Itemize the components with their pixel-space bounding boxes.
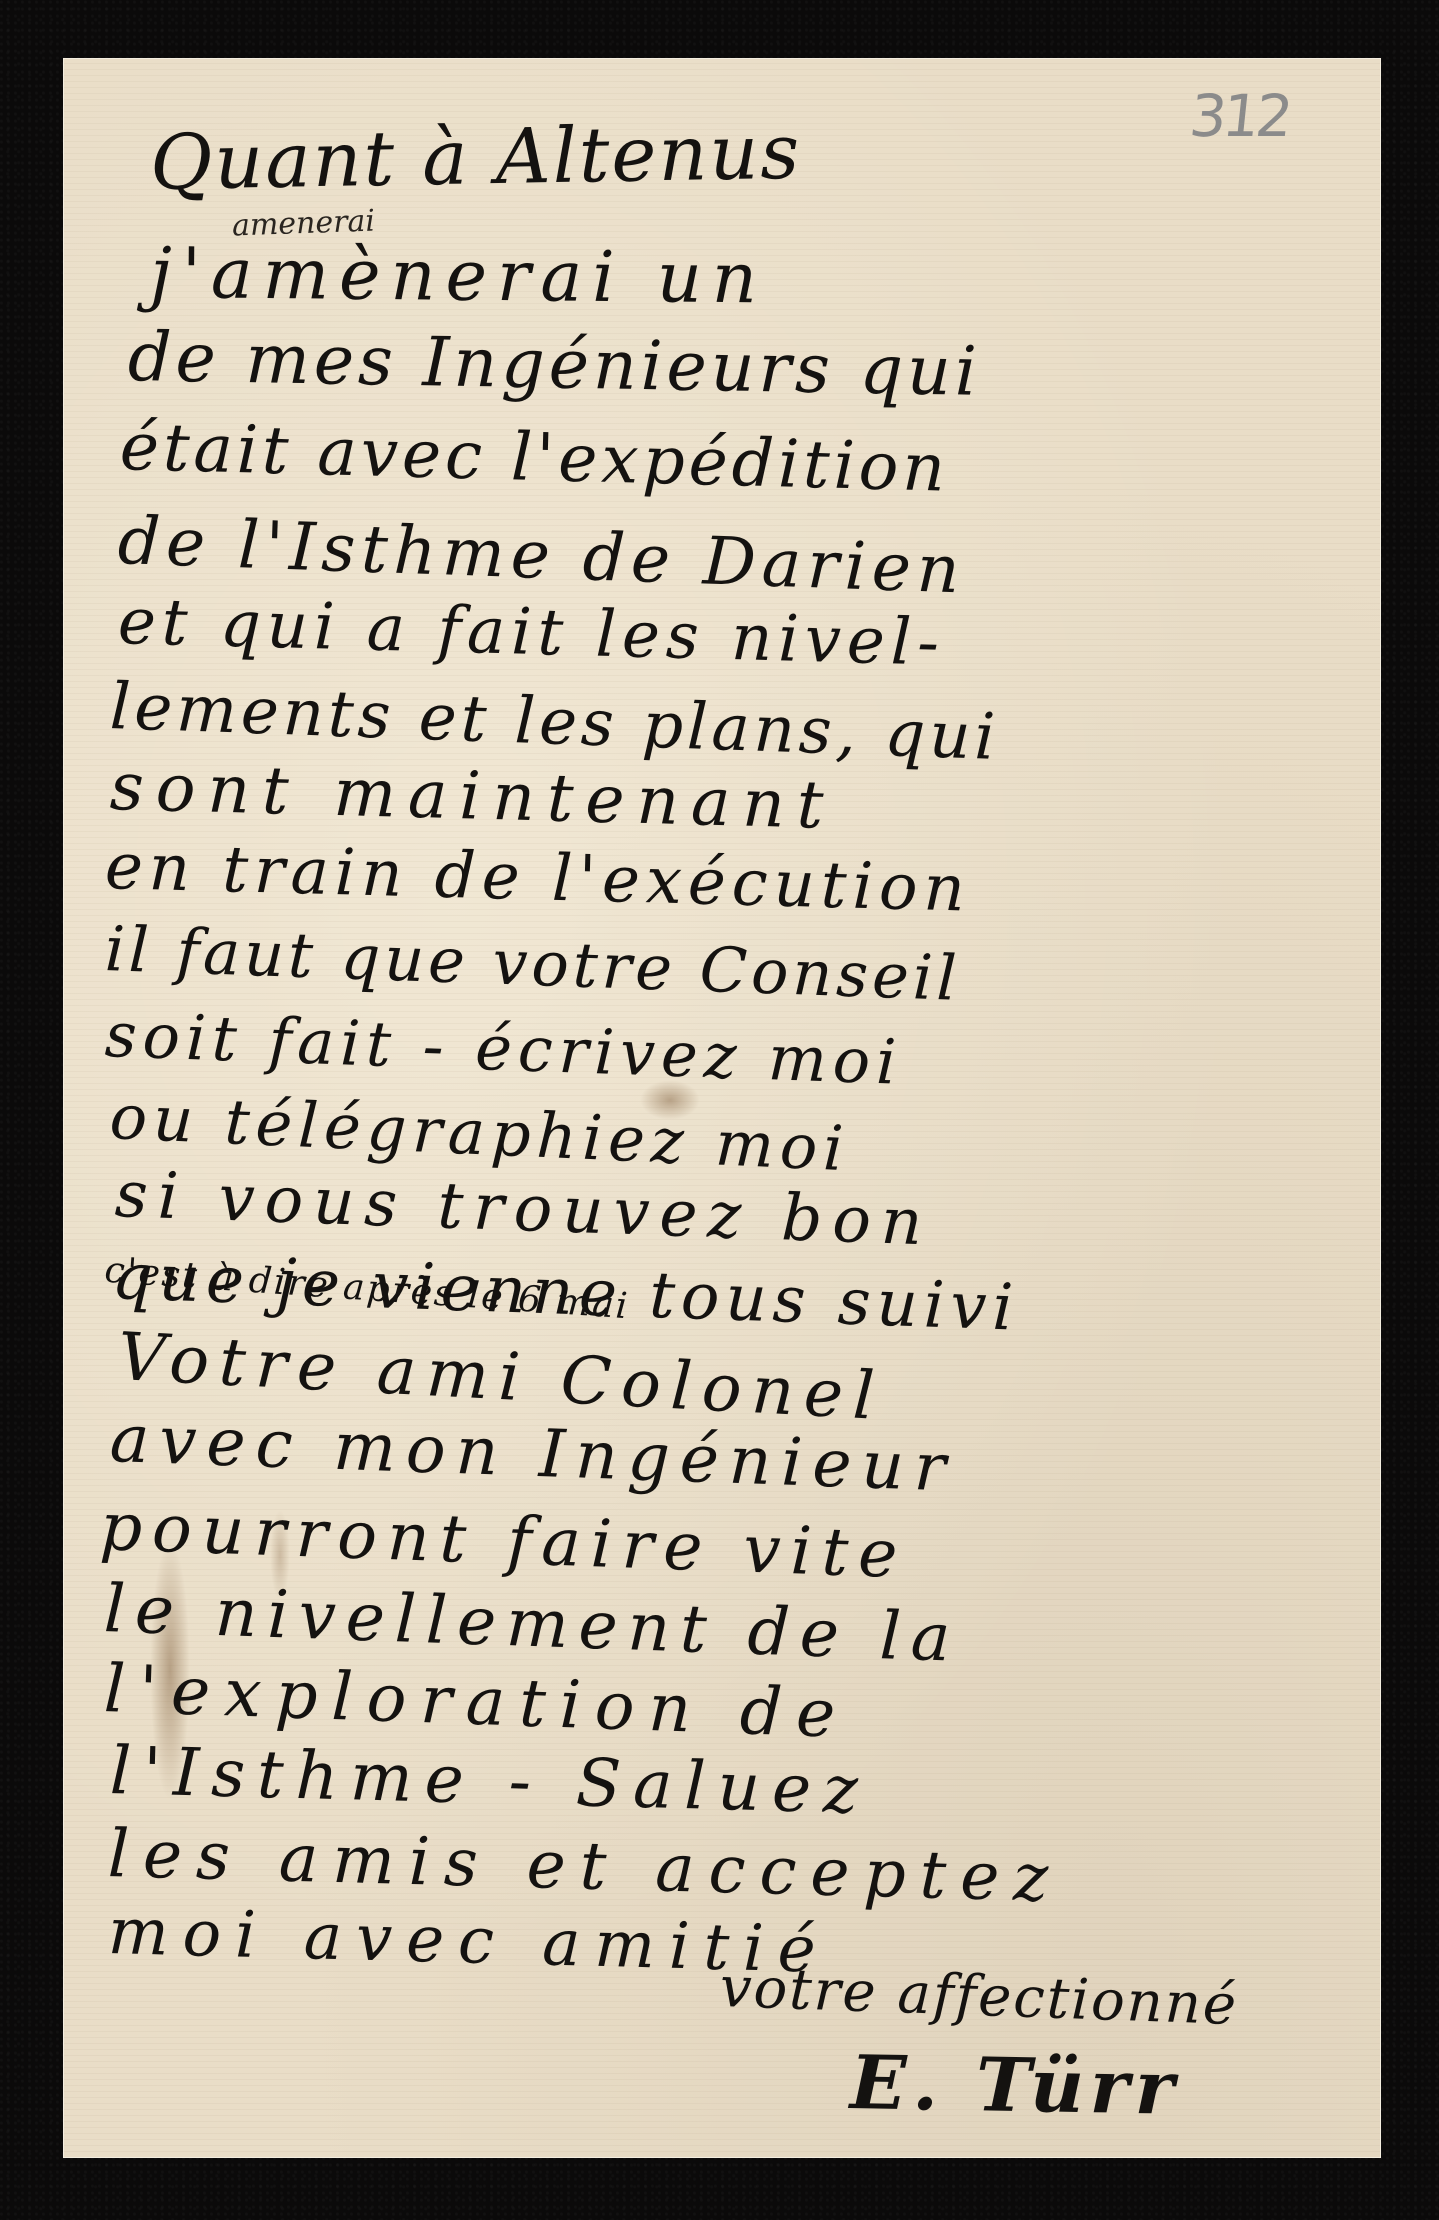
folio-number: 312 bbox=[1186, 82, 1292, 150]
signature: E. Türr bbox=[849, 2040, 1180, 2132]
letter-line-3: de mes Ingénieurs qui bbox=[127, 318, 981, 412]
letter-line-1: Quant à Altenus bbox=[149, 107, 802, 207]
letter-line-2: j'amènerai un bbox=[150, 232, 768, 319]
